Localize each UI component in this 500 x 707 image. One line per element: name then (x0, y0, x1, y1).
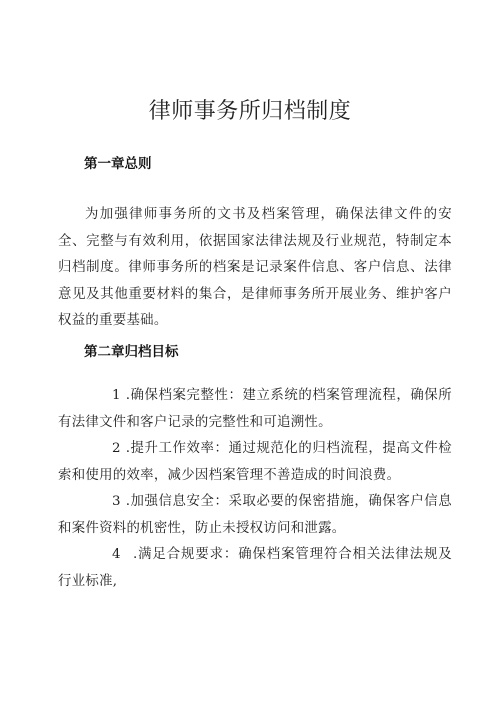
goal-item-2-number: 2 (85, 436, 121, 463)
chapter-2-heading: 第二章归档目标 (84, 340, 179, 360)
chapter-1-paragraph: 为加强律师事务所的文书及档案管理，确保法律文件的安全、完整与有效利用，依据国家法… (58, 202, 452, 335)
goal-item-1: 1 .确保档案完整性：建立系统的档案管理流程，确保所有法律文件和客户记录的完整性… (58, 383, 452, 436)
document-title: 律师事务所归档制度 (0, 94, 500, 125)
goal-item-2: 2 .提升工作效率：通过规范化的归档流程，提高文件检索和使用的效率，减少因档案管… (58, 436, 452, 489)
goal-item-4: 4.满足合规要求：确保档案管理符合相关法律法规及行业标准, (58, 542, 452, 595)
goal-item-3-number: 3 (85, 489, 121, 516)
document-page: 律师事务所归档制度 第一章总则 为加强律师事务所的文书及档案管理，确保法律文件的… (0, 0, 500, 707)
goal-item-4-number: 4 (85, 542, 133, 569)
chapter-1-heading: 第一章总则 (84, 152, 152, 172)
goal-item-3: 3 .加强信息安全：采取必要的保密措施，确保客户信息和案件资料的机密性，防止未授… (58, 489, 452, 542)
goal-item-1-number: 1 (85, 383, 121, 410)
